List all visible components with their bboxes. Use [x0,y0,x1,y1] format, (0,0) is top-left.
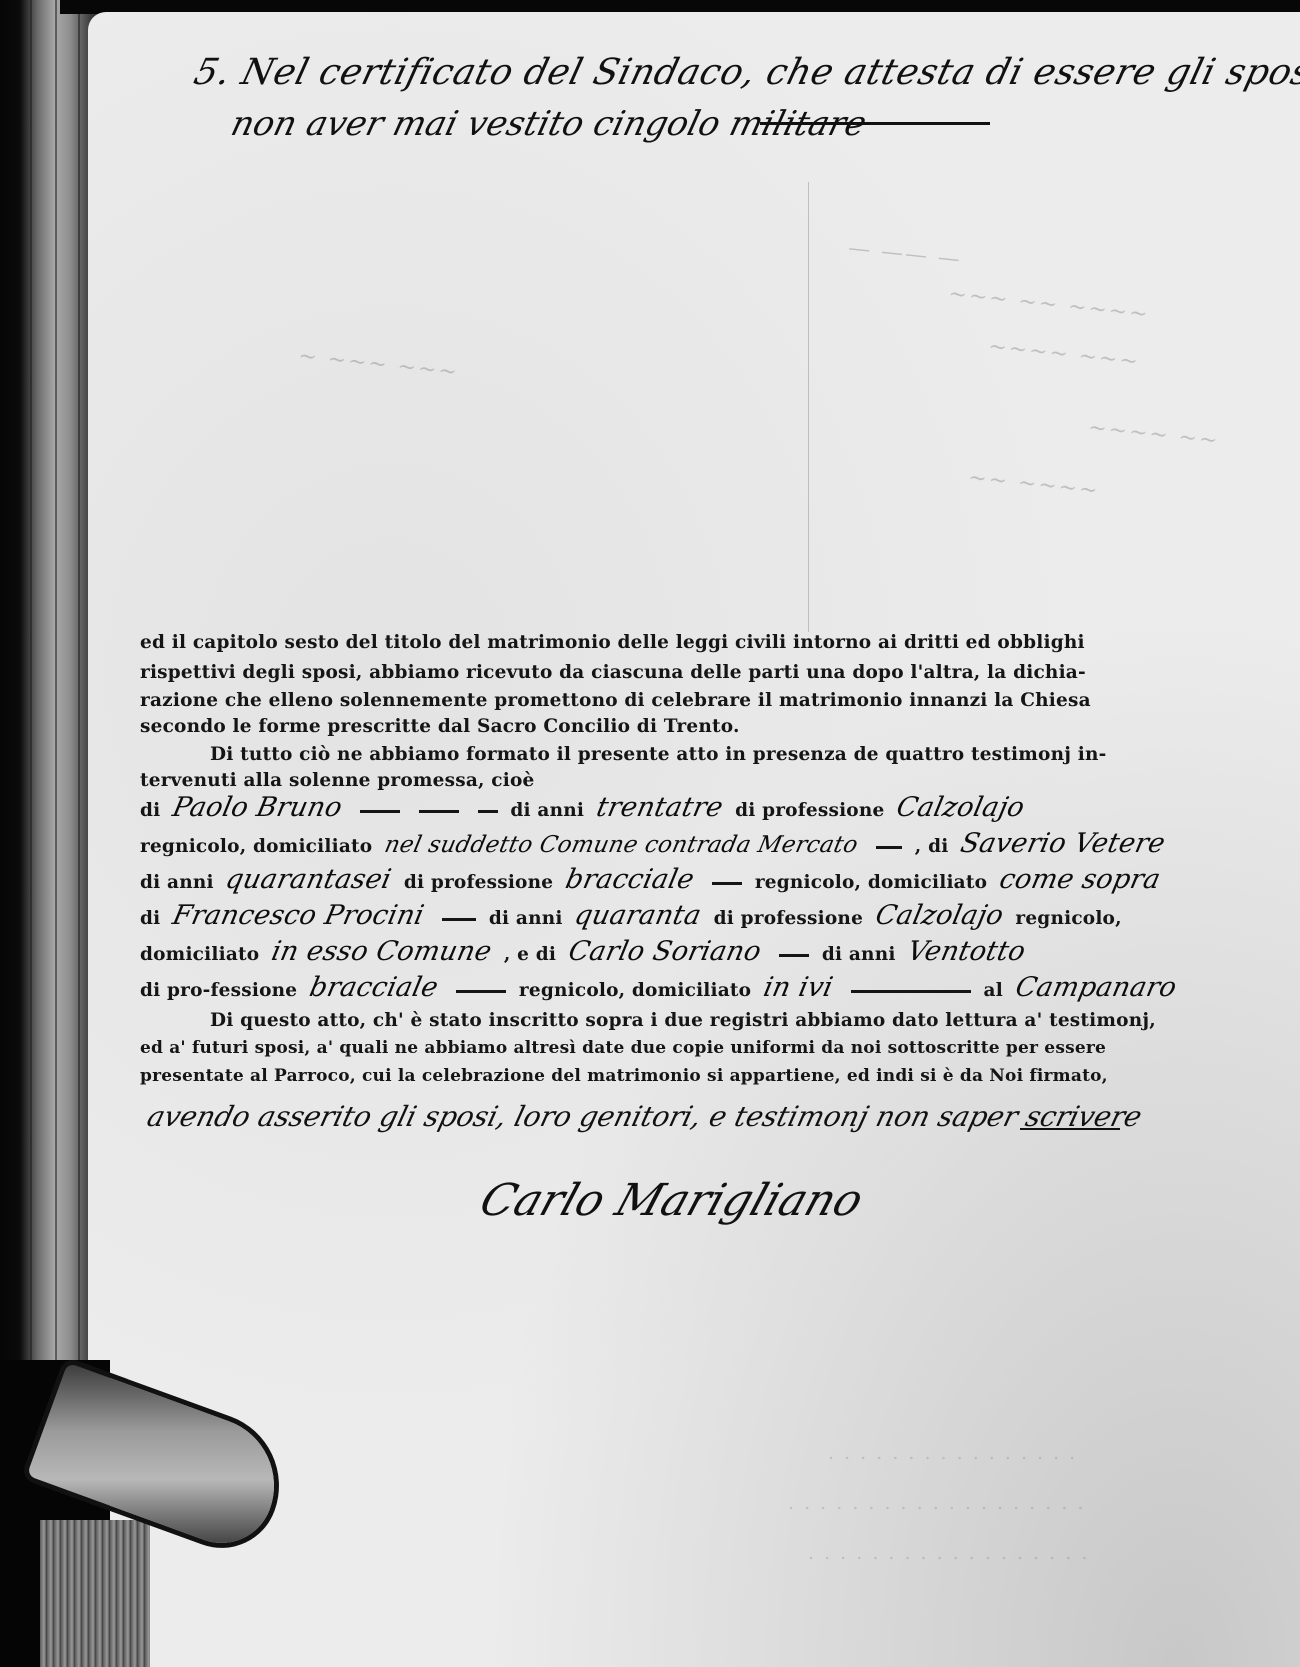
form-label: al [984,980,1003,1001]
blank-dash [360,810,400,813]
printed-line: ed il capitolo sesto del titolo del matr… [140,632,1085,653]
form-label: regnicolo, [519,980,625,1001]
form-label: domiciliato [140,944,259,965]
printed-line: rispettivi degli sposi, abbiamo ricevuto… [140,662,1086,683]
witness-age: trentatre [594,792,726,823]
blank-dash [779,954,809,957]
witness-row-2: di anni quarantasei di professione bracc… [140,864,1166,895]
witness-profession: bracciale [563,864,697,895]
witness-profession: bracciale [307,972,441,1003]
bleed-through-text: . . . . . . . . . . . . . . . . . . . [788,1492,1085,1514]
witness-age: quaranta [572,900,704,931]
form-label: di professione [735,800,884,821]
witness-profession: Calzolajo [872,900,1006,931]
witness-name: Paolo Bruno [170,792,345,823]
blank-dash [442,918,476,921]
bleed-through-text: . . . . . . . . . . . . . . . . . . [808,1542,1089,1564]
form-label: domiciliato [253,836,372,857]
bleed-through-text: ~~~ ~~ ~~~~ [947,282,1150,328]
blank-dash [876,846,902,849]
handwritten-closing-statement: avendo asserito gli sposi, loro genitori… [144,1100,1145,1133]
printed-line: ed a' futuri sposi, a' quali ne abbiamo … [140,1038,1106,1058]
page-crease [808,182,809,632]
handwritten-underline [760,122,990,125]
witness-name: Francesco Procini [170,900,427,931]
printed-line: presentate al Parroco, cui la celebrazio… [140,1066,1108,1086]
blank-dash [712,882,742,885]
witness-age: quarantasei [223,864,394,895]
blank-dash [851,990,971,993]
official-signature: Carlo Marigliano [474,1175,870,1226]
form-label: , e di [504,944,556,965]
form-label: regnicolo, [1015,908,1121,929]
printed-line: Di questo atto, ch' è stato inscritto so… [140,1010,1156,1031]
witness-domicile: in ivi [761,972,836,1003]
witness-domicile: come sopra [997,864,1164,895]
form-label: regnicolo, [140,836,246,857]
bleed-through-text: . . . . . . . . . . . . . . . . [828,1442,1077,1464]
form-label: di pro-fessione [140,980,297,1001]
form-label: di [140,908,160,929]
form-label: di anni [489,908,563,929]
printed-line: secondo le forme prescritte dal Sacro Co… [140,716,740,737]
form-label: domiciliato [868,872,987,893]
witness-row-3: di Francesco Procini di anni quaranta di… [140,900,1122,931]
blank-dash [478,810,498,813]
witness-domicile: nel suddetto Comune contrada Mercato [382,832,860,858]
form-label: , di [915,836,949,857]
bleed-through-text: ~~~~ ~~ [1087,415,1221,454]
witness-location: Campanaro [1012,972,1179,1003]
witness-name: Saverio Vetere [958,828,1168,859]
witness-name: Carlo Soriano [565,936,763,967]
form-label: di anni [140,872,214,893]
form-label: domiciliato [632,980,751,1001]
form-label: di anni [822,944,896,965]
bleed-through-text: ~ ~~~ ~~~ [297,344,460,386]
form-label: di professione [714,908,863,929]
form-label: di professione [404,872,553,893]
witness-row-3-domicile: domiciliato in esso Comune , e di Carlo … [140,936,1031,967]
printed-line: tervenuti alla solenne promessa, cioè [140,770,535,791]
bleed-through-text: ~~~~ ~~~ [987,334,1141,375]
blank-dash [419,810,459,813]
witness-age: Ventotto [905,936,1029,967]
form-label: di anni [510,800,584,821]
witness-row-4: di pro-fessione bracciale regnicolo, dom… [140,972,1182,1003]
blank-dash [456,990,506,993]
printed-line: razione che elleno solennemente prometto… [140,690,1091,711]
page-stack-edges [40,1520,150,1667]
form-label: di [140,800,160,821]
witness-profession: Calzolajo [894,792,1028,823]
witness-row-1: di Paolo Bruno di anni trentatre di prof… [140,792,1030,823]
witness-row-1-domicile: regnicolo, domiciliato nel suddetto Comu… [140,828,1171,859]
marginal-note-line-1: 5. Nel certificato del Sindaco, che atte… [190,52,1300,93]
form-label: regnicolo, [755,872,861,893]
printed-line: Di tutto ciò ne abbiamo formato il prese… [140,744,1107,765]
bleed-through-text: — —— — ​ [847,236,972,274]
bleed-through-text: ~~ ~~~~ [967,465,1101,504]
handwritten-underline [1020,1128,1120,1130]
witness-domicile: in esso Comune [269,936,495,967]
